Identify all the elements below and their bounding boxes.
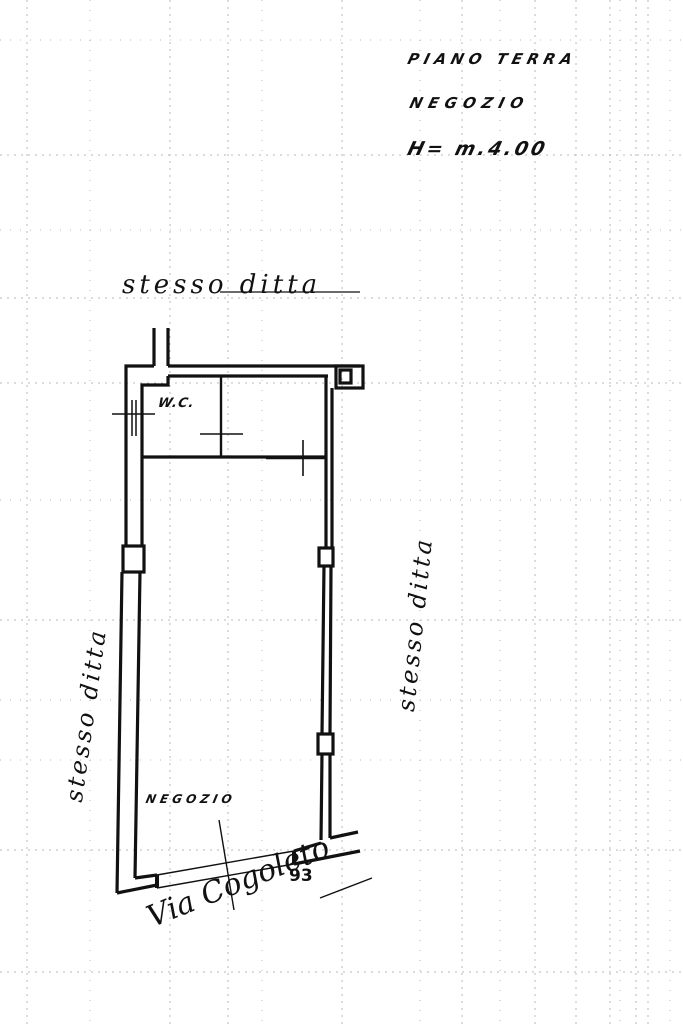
floor-plan-sheet: PIANO TERRA NEGOZIO H= m.4.00 stesso dit… <box>0 0 683 1024</box>
walls <box>112 328 363 893</box>
floor-title: PIANO TERRA <box>406 50 579 68</box>
background-grid <box>0 0 683 1024</box>
unit-use-label: NEGOZIO <box>408 94 532 112</box>
neighbor-label-top: stesso ditta <box>122 270 321 300</box>
ceiling-height-label: H= m.4.00 <box>405 138 550 160</box>
room-label-shop: NEGOZIO <box>145 792 238 806</box>
room-label-wc: W.C. <box>156 396 196 411</box>
floor-plan-drawing <box>0 0 683 1024</box>
street-underline <box>320 878 372 898</box>
